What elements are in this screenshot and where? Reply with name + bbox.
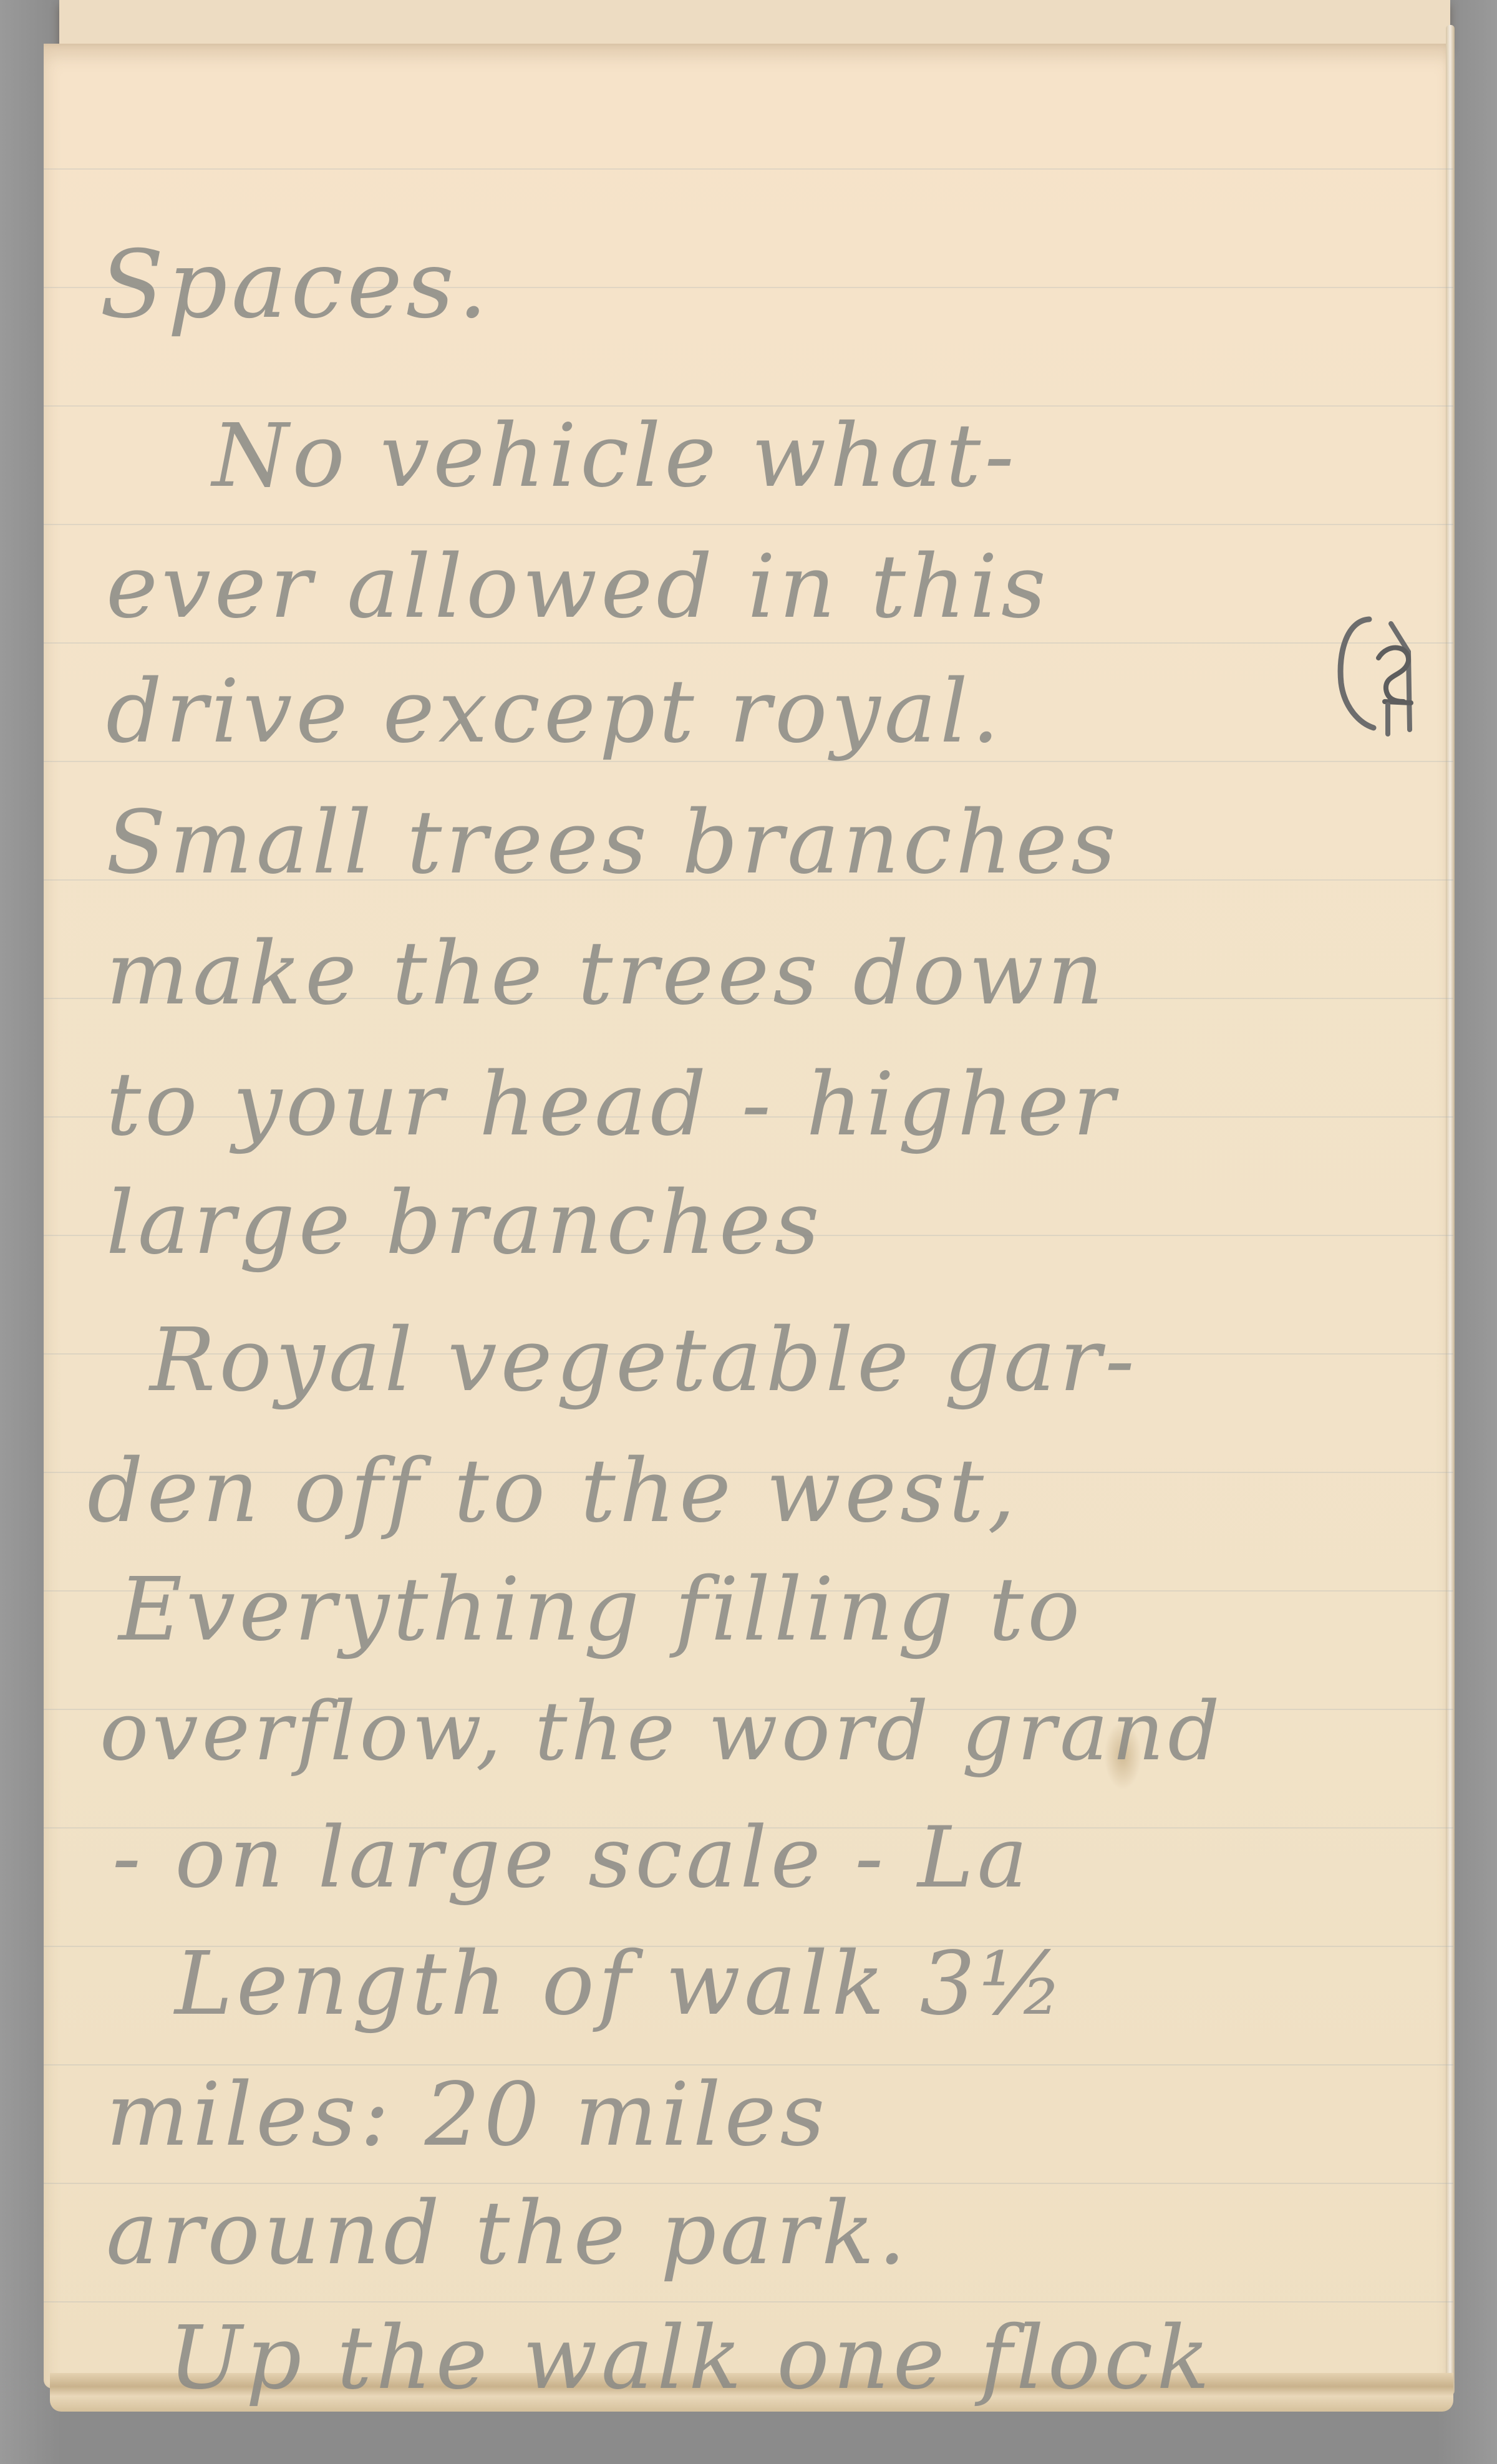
line-14: miles: 20 miles <box>106 2064 828 2166</box>
line-5-struck: make the trees down <box>106 923 1107 1025</box>
line-2: ever allowed in this <box>106 536 1050 638</box>
line-16: Up the walk one flock <box>168 2307 1213 2409</box>
line-6: to your head - higher <box>106 1054 1118 1156</box>
previous-page-edge <box>59 0 1450 47</box>
line-heading: Spaces. <box>100 231 492 339</box>
page-edge-right <box>1446 25 1455 2395</box>
line-8: Royal vegetable gar- <box>150 1310 1138 1411</box>
line-13: Length of walk 3½ <box>175 1933 1067 2035</box>
line-1: No vehicle what- <box>212 405 1018 507</box>
line-3: drive except royal. <box>106 661 1003 763</box>
line-11: overflow, the word grand <box>100 1684 1224 1779</box>
line-15: around the park. <box>106 2183 909 2284</box>
line-10: Everything filling to <box>119 1559 1083 1661</box>
line-4: Small trees branches <box>106 792 1120 894</box>
line-12: - on large scale - La <box>112 1809 1031 1906</box>
line-7: large branches <box>106 1172 823 1274</box>
margin-monogram-sketch <box>1335 614 1428 745</box>
line-9: den off to the west, <box>87 1441 1019 1542</box>
